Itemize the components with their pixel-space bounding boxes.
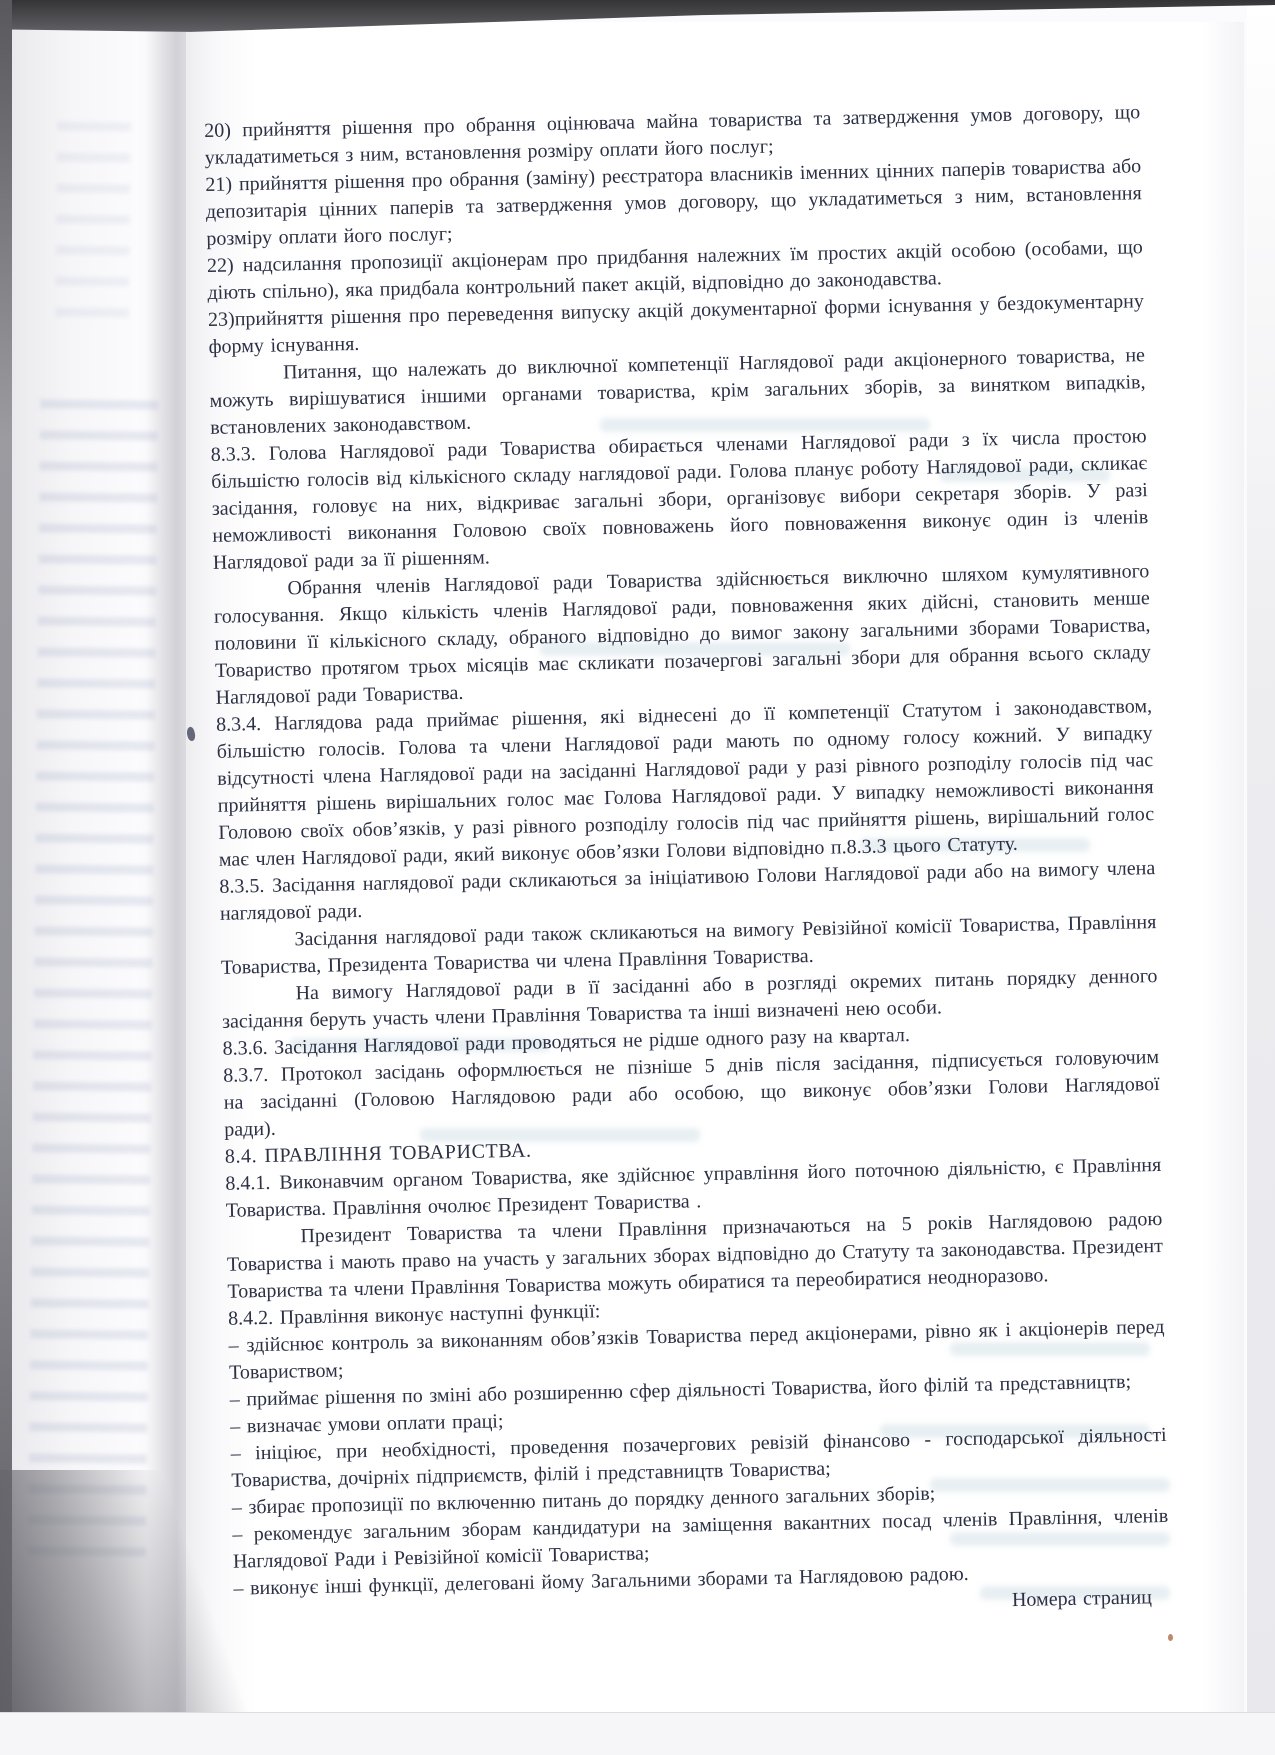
ink-mark bbox=[1168, 1634, 1173, 1641]
scanned-document-page: 20) прийняття рішення про обрання оцінюв… bbox=[0, 0, 1275, 1755]
scanner-bottom-edge bbox=[0, 1712, 1275, 1755]
bleed-through-text bbox=[28, 399, 158, 1570]
scan-right-edge bbox=[1247, 0, 1275, 1755]
bleed-through-text bbox=[55, 122, 131, 323]
document-text-column: 20) прийняття рішення про обрання оцінюв… bbox=[204, 99, 1170, 1629]
paragraph: 8.3.3. Голова Наглядової ради Товариства… bbox=[211, 423, 1150, 577]
paragraph: Обрання членів Наглядової ради Товариств… bbox=[213, 558, 1152, 712]
paragraph: 8.3.4. Наглядова рада приймає рішення, я… bbox=[216, 693, 1155, 874]
page-corner-shadow bbox=[0, 1470, 290, 1715]
document-body: 20) прийняття рішення про обрання оцінюв… bbox=[204, 99, 1170, 1602]
